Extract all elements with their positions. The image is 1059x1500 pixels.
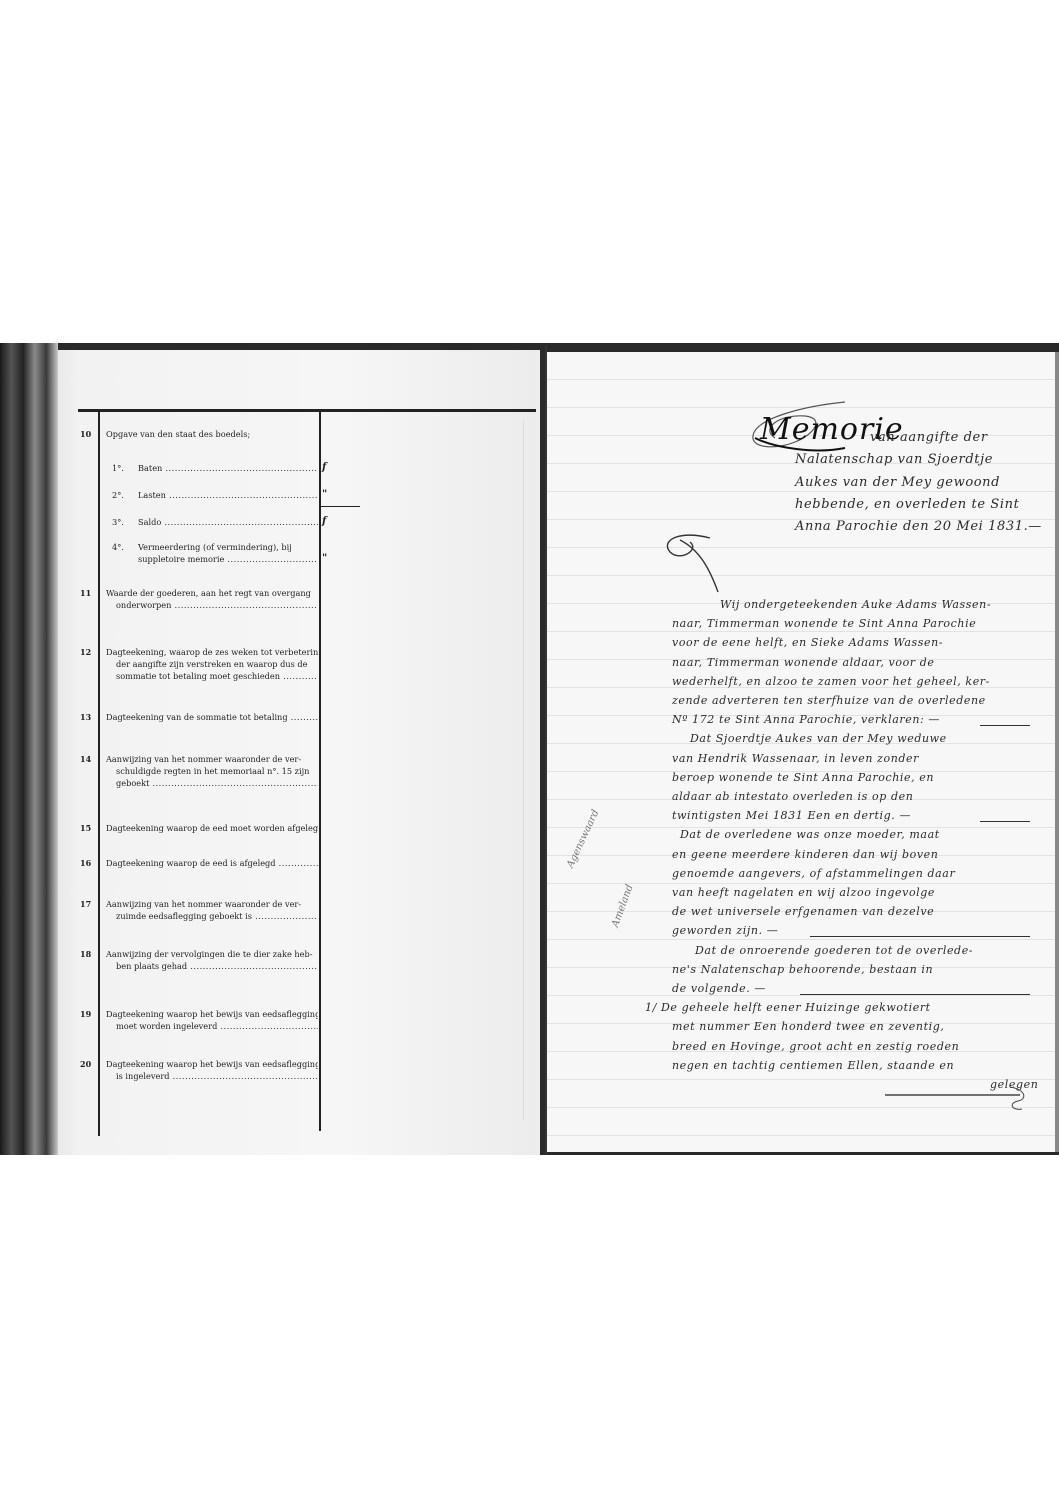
form-left-rule (98, 411, 100, 1136)
form-top-rule (78, 409, 536, 412)
page-edge (1055, 352, 1059, 1152)
book-binding (0, 343, 58, 1155)
body-line: van heeft nagelaten en wij alzoo ingevol… (672, 886, 935, 899)
heading-line: Aukes van der Mey gewoond (795, 475, 1000, 490)
body-line: de volgende. — (672, 982, 766, 995)
body-line: naar, Timmerman wonende aldaar, voor de (672, 656, 935, 669)
row-text: Dagteekening waarop het bewijs van eedsa… (106, 1058, 318, 1082)
body-line: beroep wonende te Sint Anna Parochie, en (672, 771, 934, 784)
body-line: met nummer Een honderd twee en zeventig, (672, 1020, 944, 1033)
row-number: 20 (80, 1058, 96, 1070)
sub-item-2: 2°.Lasten (112, 489, 318, 501)
faint-column-rule (523, 420, 524, 1120)
body-line: twintigsten Mei 1831 Een en dertig. — (672, 809, 911, 822)
body-line: Dat de onroerende goederen tot de overle… (695, 944, 973, 957)
sub-item-1: 1°.Baten (112, 462, 318, 474)
line-filler-rule (980, 725, 1030, 726)
line-filler-rule (980, 821, 1030, 822)
row-number: 11 (80, 587, 96, 599)
row-text: Aanwijzing van het nommer waaronder de v… (106, 898, 318, 922)
row-number: 17 (80, 898, 96, 910)
body-line: ne's Nalatenschap behoorende, bestaan in (672, 963, 933, 976)
row-number: 10 (80, 428, 96, 440)
body-line: negen en tachtig centiemen Ellen, staand… (672, 1059, 954, 1072)
row-number: 14 (80, 753, 96, 765)
row-text: Dagteekening waarop de eed moet worden a… (106, 822, 318, 834)
body-line: Nº 172 te Sint Anna Parochie, verklaren:… (672, 713, 940, 726)
row-number: 18 (80, 948, 96, 960)
row-text: Dagteekening van de sommatie tot betalin… (106, 711, 318, 723)
row-text: Aanwijzing van het nommer waaronder de v… (106, 753, 318, 789)
body-line: genoemde aangevers, of afstammelingen da… (672, 867, 955, 880)
form-right-rule (319, 411, 321, 1131)
body-line: zende adverteren ten sterfhuize van de o… (672, 694, 986, 707)
row-number: 19 (80, 1008, 96, 1020)
body-line: van Hendrik Wassenaar, in leven zonder (672, 752, 919, 765)
body-line: de wet universele erfgenamen van dezelve (672, 905, 934, 918)
row-text: Opgave van den staat des boedels; (106, 428, 318, 440)
row-text: Dagteekening, waarop de zes weken tot ve… (106, 646, 318, 682)
row-number: 15 (80, 822, 96, 834)
line-filler-rule (810, 936, 1030, 937)
row-text: Dagteekening waarop de eed is afgelegd (106, 857, 318, 869)
row-text: Waarde der goederen, aan het regt van ov… (106, 587, 318, 611)
amount-mark: " (322, 553, 327, 564)
body-line: Wij ondergeteekenden Auke Adams Wassen- (720, 598, 991, 611)
body-line: Dat de overledene was onze moeder, maat (680, 828, 940, 841)
sub-item-4: 4°.Vermeerdering (of vermindering), bijs… (112, 541, 318, 565)
row-text: Aanwijzing der vervolgingen die te dier … (106, 948, 318, 972)
heading-line: Nalatenschap van Sjoerdtje (795, 452, 993, 467)
body-line: aldaar ab intestato overleden is op den (672, 790, 913, 803)
body-line: en geene meerdere kinderen dan wij boven (672, 848, 938, 861)
body-line: voor de eene helft, en Sieke Adams Wasse… (672, 636, 943, 649)
page-gutter (545, 345, 547, 1155)
paragraph-flourish (650, 530, 730, 600)
body-line: Dat Sjoerdtje Aukes van der Mey weduwe (690, 732, 947, 745)
body-line: breed en Hovinge, groot acht en zestig r… (672, 1040, 959, 1053)
row-number: 13 (80, 711, 96, 723)
closing-flourish (880, 1085, 1030, 1115)
body-line: wederhelft, en alzoo te zamen voor het g… (672, 675, 990, 688)
heading-line: van aangifte der (870, 430, 988, 445)
heading-line: hebbende, en overleden te Sint (795, 497, 1019, 512)
saldo-rule (320, 506, 360, 507)
body-line: naar, Timmerman wonende te Sint Anna Par… (672, 617, 976, 630)
amount-mark: f (322, 516, 326, 527)
amount-mark: f (322, 462, 326, 473)
line-filler-rule (800, 994, 1030, 995)
heading-line: Anna Parochie den 20 Mei 1831.— (795, 519, 1042, 534)
amount-mark: " (322, 489, 327, 500)
body-line: 1/ De geheele helft eener Huizinge gekwo… (645, 1001, 931, 1014)
row-number: 16 (80, 857, 96, 869)
body-line: geworden zijn. — (672, 924, 778, 937)
sub-item-3: 3°.Saldo (112, 516, 318, 528)
row-text: Dagteekening waarop het bewijs van eedsa… (106, 1008, 318, 1032)
row-number: 12 (80, 646, 96, 658)
